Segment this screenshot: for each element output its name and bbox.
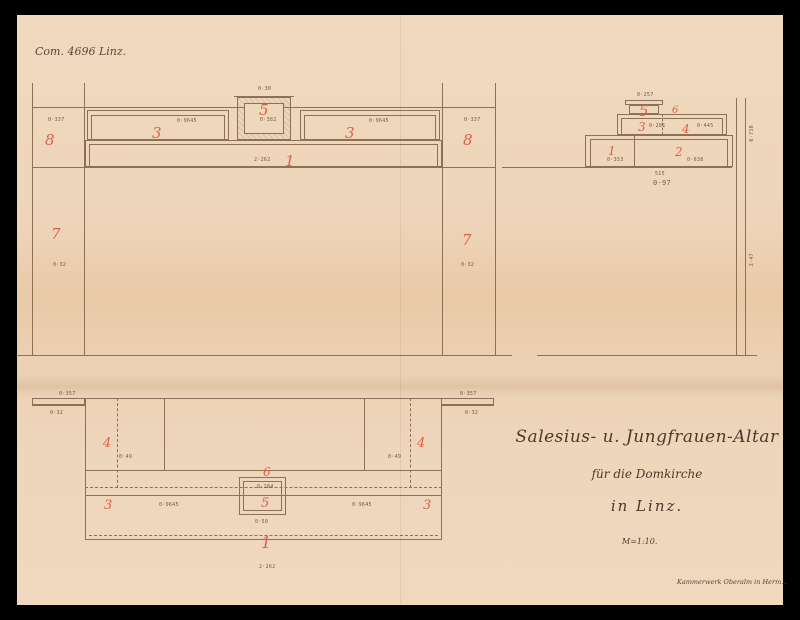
dimension-label: 0·382 <box>260 118 277 123</box>
dimension-label: 0·638 <box>687 158 704 163</box>
dimension-label: 0·50 <box>255 520 268 525</box>
part-number-3: 3 <box>104 499 112 512</box>
reference-number: Com. 4696 Linz. <box>35 45 126 58</box>
drawing-subtitle: für die Domkirche <box>557 467 737 481</box>
outline <box>32 83 33 355</box>
part-number-8: 8 <box>463 133 473 148</box>
outline <box>84 83 85 355</box>
part-number-6: 6 <box>263 466 271 478</box>
part-number-3: 3 <box>638 121 646 133</box>
dimension-label: 0·9645 <box>369 119 389 124</box>
part-number-3: 3 <box>345 126 355 141</box>
outline <box>745 98 746 355</box>
dimension-label: 0·353 <box>607 158 624 163</box>
scale-label: M=1:10. <box>622 537 657 546</box>
dimension-label: 0·284 <box>257 485 274 490</box>
outline <box>364 398 365 470</box>
part-number-6: 6 <box>672 106 678 116</box>
dimension-label: 0·97 <box>653 180 671 187</box>
drawing-location: in Linz. <box>597 497 697 515</box>
outline <box>634 135 635 167</box>
outline <box>410 398 411 488</box>
dimension-label: 515 <box>655 172 665 177</box>
ground-line <box>502 167 732 168</box>
part-number-5: 5 <box>261 497 269 510</box>
dimension-label: 0·730 <box>750 125 755 142</box>
outline <box>442 83 443 355</box>
dimension-label: 0·357 <box>59 392 76 397</box>
step-left <box>32 398 85 406</box>
part-number-1: 1 <box>285 154 295 169</box>
part-number-5: 5 <box>639 104 649 119</box>
part-number-4: 4 <box>682 123 690 135</box>
part-number-8: 8 <box>45 133 55 148</box>
dimension-label: 0·30 <box>258 87 271 92</box>
outline <box>736 98 737 355</box>
dimension-label: 2·262 <box>259 565 276 570</box>
part-number-3: 3 <box>152 126 162 141</box>
dimension-label: 2·262 <box>254 158 271 163</box>
step-right <box>441 398 494 406</box>
dimension-label: 0·257 <box>637 93 654 98</box>
outline <box>164 398 165 470</box>
part-number-2: 2 <box>675 146 683 158</box>
part-number-4: 4 <box>103 437 111 450</box>
outline <box>117 398 118 488</box>
dimension-label: 0·32 <box>465 411 478 416</box>
fold-line-horizontal <box>17 375 783 397</box>
dimension-label: 0·9645 <box>352 503 372 508</box>
drawing-sheet: Com. 4696 Linz. 8 0·337 3 0·9645 5 0·382… <box>17 15 783 605</box>
dimension-label: 0·357 <box>460 392 477 397</box>
part-number-7: 7 <box>462 233 472 248</box>
dimension-label: 0·337 <box>464 118 481 123</box>
drawing-title: Salesius- u. Jungfrauen-Altar <box>507 427 787 447</box>
dimension-label: 0·49 <box>119 455 132 460</box>
outline <box>32 167 495 168</box>
dimension-label: 0·9645 <box>159 503 179 508</box>
dimension-label: 0·32 <box>53 263 66 268</box>
dimension-label: 0·32 <box>50 411 63 416</box>
part-number-1: 1 <box>261 535 271 551</box>
outline <box>234 96 294 97</box>
part-number-7: 7 <box>51 227 61 242</box>
panel-1-inner <box>89 144 438 167</box>
part-number-4: 4 <box>417 437 425 450</box>
dimension-label: 0·445 <box>697 124 714 129</box>
dimension-label: 0·281 <box>649 124 666 129</box>
dimension-label: 0·32 <box>461 263 474 268</box>
dimension-label: 0·337 <box>48 118 65 123</box>
maker-signature: Kammerwerk Oberalm in Herm... <box>677 578 787 586</box>
dimension-label: 0·49 <box>388 455 401 460</box>
part-number-1: 1 <box>608 145 616 157</box>
dimension-label: 0·9645 <box>177 119 197 124</box>
part-number-3: 3 <box>423 499 431 512</box>
ground-line <box>537 355 757 356</box>
dimension-label: 2·47 <box>750 253 755 266</box>
part-number-5: 5 <box>259 103 269 118</box>
outline <box>495 83 496 355</box>
ground-line <box>17 355 512 356</box>
